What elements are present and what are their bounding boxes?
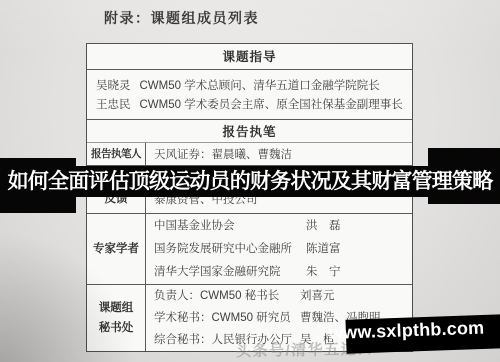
table-row: 专家学者 中国基金业协会 洪 磊 国务院发展研究中心金融所 陈道富 清华大学国家… — [87, 214, 412, 285]
overlay-headline: 如何全面评估顶级运动员的财务状况及其财富管理策略 — [0, 166, 500, 197]
secretariat-role: 负责人：CWM50 秘书长 — [154, 285, 300, 307]
table-row: 吴晓灵 CWM50 学术总顾问、清华五道口金融学院院长 — [96, 77, 412, 93]
expert-org: 中国基金业协会 — [154, 215, 306, 238]
advisor-desc: CWM50 学术委员会主席、原全国社保基金副理事长 — [140, 96, 403, 112]
section-header-guidance: 课题指导 — [87, 44, 412, 70]
advisor-name: 王忠民 — [96, 96, 131, 112]
row-label-line: 秘书处 — [99, 318, 134, 338]
advisors-cell: 吴晓灵 CWM50 学术总顾问、清华五道口金融学院院长 王忠民 CWM50 学术… — [87, 70, 412, 120]
row-label: 专家学者 — [87, 214, 146, 284]
expert-org: 国务院发展研究中心金融所 — [154, 238, 306, 261]
section-header-writing: 报告执笔 — [87, 120, 412, 143]
secretariat-entry: 负责人：CWM50 秘书长 刘喜元 — [154, 285, 412, 307]
table-row: 王忠民 CWM50 学术委员会主席、原全国社保基金副理事长 — [96, 96, 412, 112]
page-title: 附录：课题组成员列表 — [104, 8, 259, 28]
expert-entry: 清华大学国家金融研究院 朱 宁 — [154, 261, 412, 284]
advisor-name: 吴晓灵 — [96, 77, 131, 93]
writer-content: 天风证券：翟晨曦、曹魏洁 — [154, 146, 412, 162]
member-table: 课题指导 吴晓灵 CWM50 学术总顾问、清华五道口金融学院院长 王忠民 CWM… — [86, 43, 413, 352]
expert-entry: 国务院发展研究中心金融所 陈道富 — [154, 238, 412, 261]
secretariat-role: 学术秘书：CWM50 研究员 — [154, 307, 300, 329]
expert-name: 朱 宁 — [306, 261, 341, 284]
row-label: 课题组 秘书处 — [87, 285, 146, 351]
table-row: 报告执笔人 天风证券：翟晨曦、曹魏洁 — [87, 143, 412, 166]
advisor-desc: CWM50 学术总顾问、清华五道口金融学院院长 — [140, 77, 380, 93]
secretariat-name: 刘喜元 — [300, 285, 335, 307]
row-label: 报告执笔人 — [87, 143, 146, 165]
expert-name: 洪 磊 — [306, 215, 341, 238]
expert-name: 陈道富 — [306, 238, 341, 261]
document-photo: 附录：课题组成员列表 课题指导 吴晓灵 CWM50 学术总顾问、清华五道口金融学… — [0, 0, 500, 362]
row-label-line: 课题组 — [99, 298, 134, 318]
expert-entry: 中国基金业协会 洪 磊 — [154, 215, 412, 238]
expert-org: 清华大学国家金融研究院 — [154, 261, 306, 284]
